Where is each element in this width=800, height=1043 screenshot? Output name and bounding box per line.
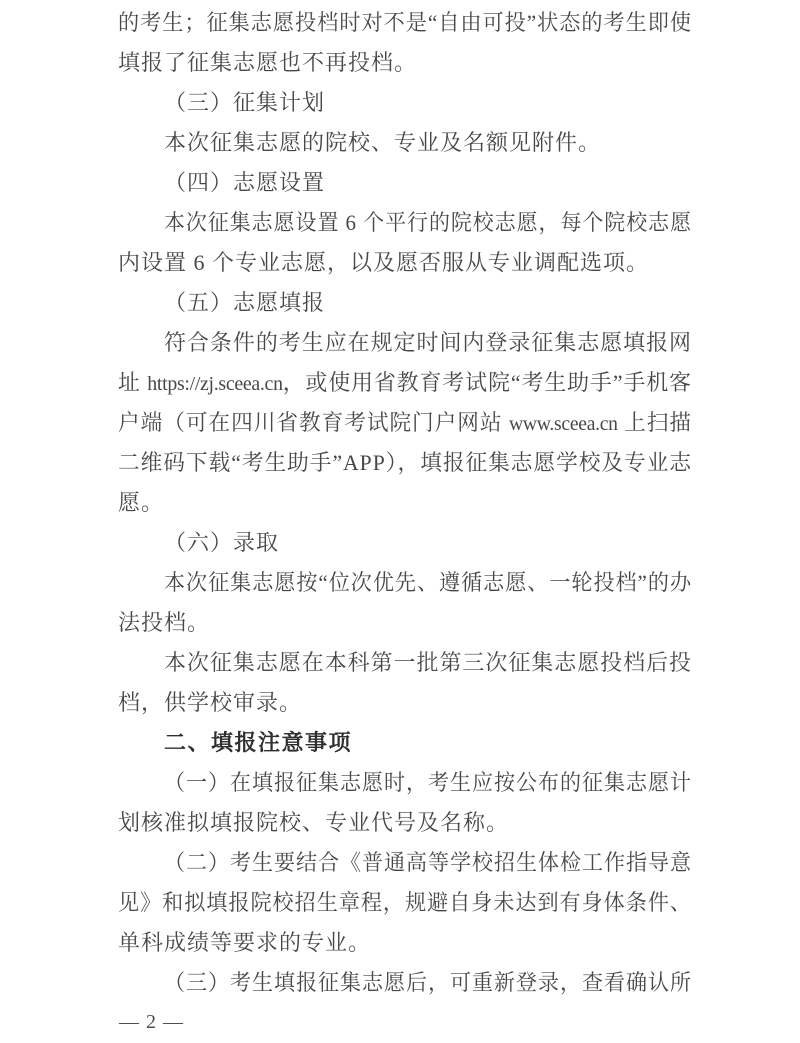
text-segment: 址 bbox=[118, 370, 147, 395]
text-line: 单科成绩等要求的专业。 bbox=[118, 923, 692, 963]
text-line: 户端（可在四川省教育考试院门户网站 www.sceea.cn 上扫描 bbox=[118, 403, 692, 443]
url-text: https://zj.sceea.cn bbox=[147, 373, 282, 395]
text-line: （二）考生要结合《普通高等学校招生体检工作指导意 bbox=[118, 843, 692, 883]
subsection-heading: （五）志愿填报 bbox=[118, 283, 692, 323]
subsection-heading: （四）志愿设置 bbox=[118, 163, 692, 203]
text-line: 内设置 6 个专业志愿，以及愿否服从专业调配选项。 bbox=[118, 243, 692, 283]
text-line: 法投档。 bbox=[118, 603, 692, 643]
text-line: 址 https://zj.sceea.cn，或使用省教育考试院“考生助手”手机客 bbox=[118, 363, 692, 403]
text-line: 二维码下载“考生助手”APP），填报征集志愿学校及专业志 bbox=[118, 443, 692, 483]
text-line: 本次征集志愿设置 6 个平行的院校志愿，每个院校志愿 bbox=[118, 203, 692, 243]
text-line: 填报了征集志愿也不再投档。 bbox=[118, 43, 692, 83]
section-heading: 二、填报注意事项 bbox=[118, 723, 692, 763]
url-text: www.sceea.cn bbox=[509, 413, 618, 435]
text-line: 符合条件的考生应在规定时间内登录征集志愿填报网 bbox=[118, 323, 692, 363]
text-line: 本次征集志愿按“位次优先、遵循志愿、一轮投档”的办 bbox=[118, 563, 692, 603]
text-line: 本次征集志愿在本科第一批第三次征集志愿投档后投 bbox=[118, 643, 692, 683]
text-segment: 户端（可在四川省教育考试院门户网站 bbox=[118, 410, 509, 435]
text-segment: 上扫描 bbox=[618, 410, 692, 435]
subsection-heading: （三）征集计划 bbox=[118, 83, 692, 123]
page-number: — 2 — bbox=[119, 1008, 184, 1036]
document-body: 的考生；征集志愿投档时对不是“自由可投”状态的考生即使 填报了征集志愿也不再投档… bbox=[118, 3, 692, 1003]
text-line: （一）在填报征集志愿时，考生应按公布的征集志愿计 bbox=[118, 763, 692, 803]
subsection-heading: （六）录取 bbox=[118, 523, 692, 563]
text-line: 划核准拟填报院校、专业代号及名称。 bbox=[118, 803, 692, 843]
text-line: （三）考生填报征集志愿后，可重新登录，查看确认所 bbox=[118, 963, 692, 1003]
text-line: 见》和拟填报院校招生章程，规避自身未达到有身体条件、 bbox=[118, 883, 692, 923]
text-line: 档，供学校审录。 bbox=[118, 683, 692, 723]
text-line: 愿。 bbox=[118, 483, 692, 523]
text-line: 本次征集志愿的院校、专业及名额见附件。 bbox=[118, 123, 692, 163]
text-line: 的考生；征集志愿投档时对不是“自由可投”状态的考生即使 bbox=[118, 3, 692, 43]
document-page: 的考生；征集志愿投档时对不是“自由可投”状态的考生即使 填报了征集志愿也不再投档… bbox=[0, 0, 800, 1043]
text-segment: ，或使用省教育考试院“考生助手”手机客 bbox=[283, 370, 692, 395]
